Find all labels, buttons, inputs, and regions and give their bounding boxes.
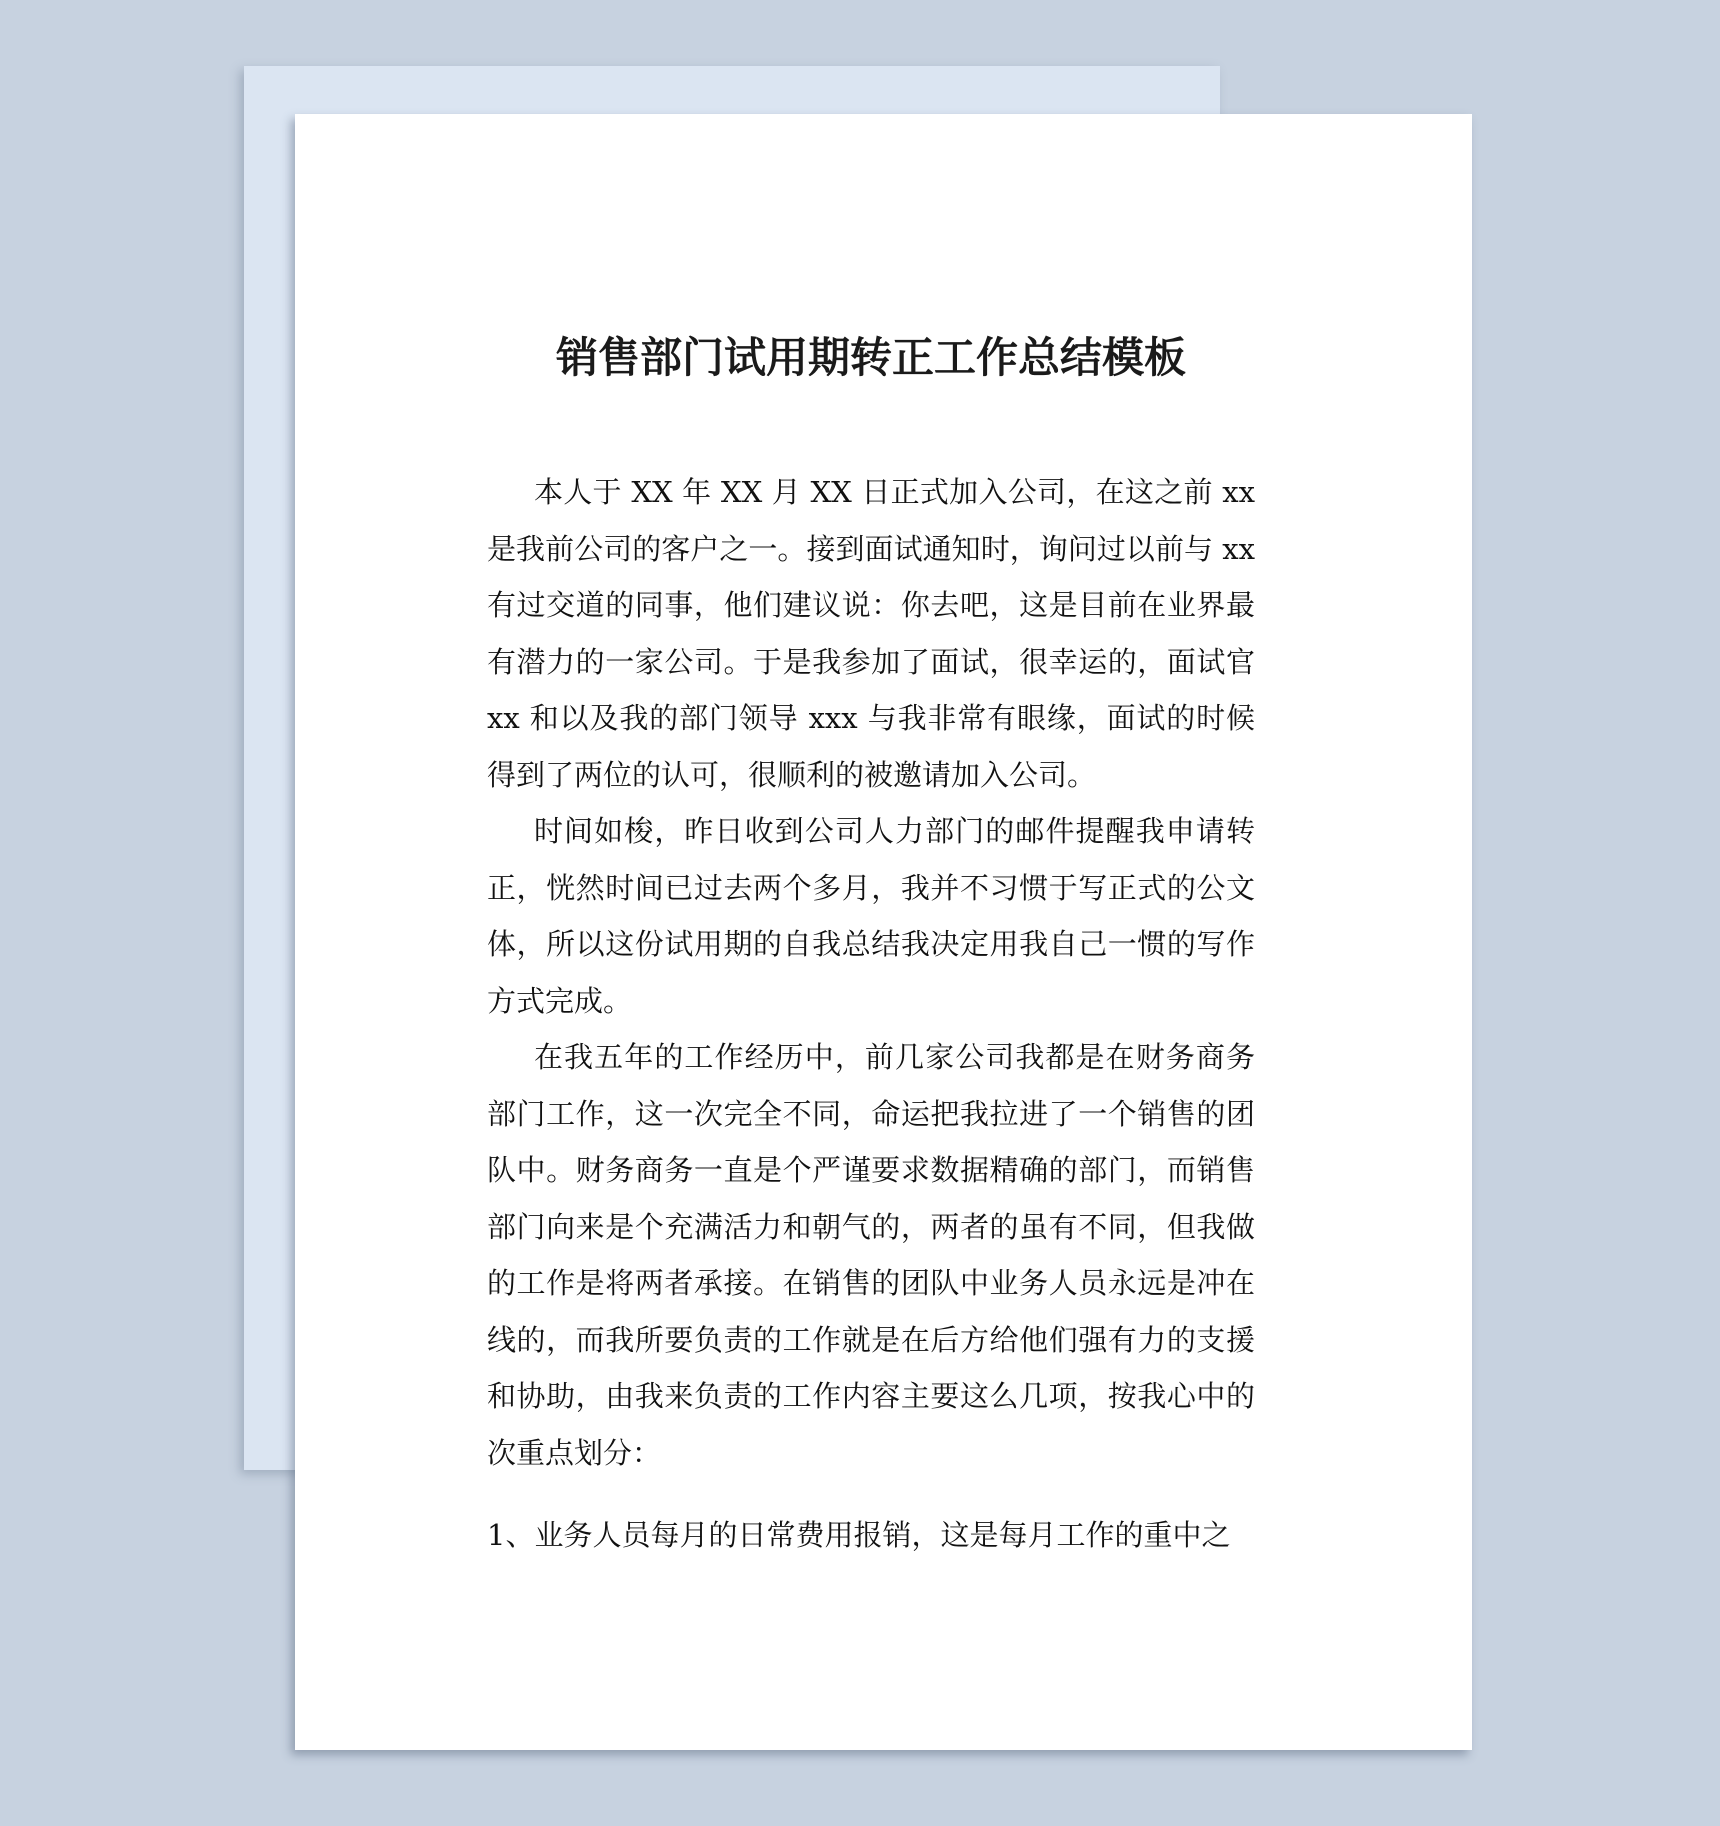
document-page: 销售部门试用期转正工作总结模板 本人于 XX 年 XX 月 XX 日正式加入公司… (295, 114, 1472, 1750)
preview-background: 销售部门试用期转正工作总结模板 本人于 XX 年 XX 月 XX 日正式加入公司… (0, 0, 1720, 1826)
paragraph-time: 时间如梭，昨日收到公司人力部门的邮件提醒我申请转正，恍然时间已过去两个多月，我并… (487, 803, 1255, 1029)
paragraph-list-item-1: 1、业务人员每月的日常费用报销，这是每月工作的重中之 (487, 1507, 1255, 1564)
document-title: 销售部门试用期转正工作总结模板 (487, 337, 1255, 379)
paragraph-experience: 在我五年的工作经历中，前几家公司我都是在财务商务部门工作，这一次完全不同，命运把… (487, 1029, 1255, 1481)
paragraph-intro: 本人于 XX 年 XX 月 XX 日正式加入公司，在这之前 xx 是我前公司的客… (487, 464, 1255, 803)
